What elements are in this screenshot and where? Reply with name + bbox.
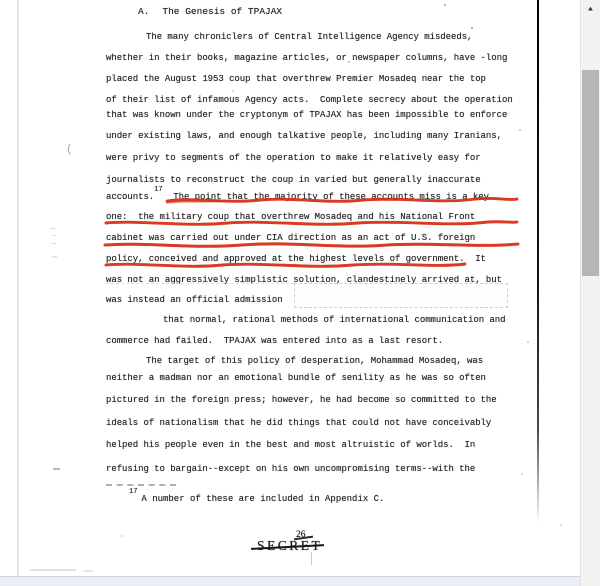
scan-mark — [50, 228, 56, 229]
doc-line-text: The point that the majority of these acc… — [163, 192, 489, 202]
scan-speck — [471, 27, 473, 29]
doc-line: one: the military coup that overthrew Mo… — [106, 212, 475, 222]
doc-line: that normal, rational methods of interna… — [163, 315, 505, 325]
doc-line: ideals of nationalism that he did things… — [106, 418, 491, 428]
footnote-marker: 17 — [129, 488, 137, 496]
scrollbar-up-button[interactable]: ▲ — [581, 0, 600, 17]
scan-mark — [52, 235, 56, 236]
doc-line-with-footnote-ref: accounts.17 The point that the majority … — [106, 189, 489, 202]
redaction-box — [294, 283, 508, 308]
doc-line: cabinet was carried out under CIA direct… — [106, 233, 475, 243]
footnote: 17A number of these are included in Appe… — [129, 492, 384, 504]
scrollbar-thumb[interactable] — [582, 70, 599, 276]
up-arrow-icon: ▲ — [587, 5, 595, 11]
doc-line: neither a madman nor an emotional bundle… — [106, 373, 486, 383]
footnote-ref-17: 17 — [154, 186, 162, 194]
section-heading-label: A. — [138, 6, 149, 17]
scan-mark — [51, 243, 56, 244]
doc-line: were privy to segments of the operation … — [106, 153, 481, 163]
page-left-edge — [17, 0, 19, 577]
doc-line: policy, conceived and approved at the hi… — [106, 254, 486, 264]
scan-mark — [311, 552, 312, 565]
scan-speck — [121, 535, 123, 537]
scan-speck — [521, 473, 523, 475]
scan-speck — [348, 61, 350, 63]
doc-line: The target of this policy of desperation… — [146, 356, 483, 366]
doc-line: placed the August 1953 coup that overthr… — [106, 74, 486, 84]
scan-speck — [527, 341, 529, 343]
scan-speck — [519, 129, 521, 131]
footnote-separator — [106, 484, 176, 486]
doc-line: helped his people even in the best and m… — [106, 440, 475, 450]
margin-scan-mark: ( — [66, 144, 73, 156]
doc-line: that was known under the cryptonym of TP… — [106, 110, 507, 120]
doc-line: under existing laws, and enough talkativ… — [106, 131, 502, 141]
section-heading-title: The Genesis of TPAJAX — [162, 6, 282, 17]
redaction-dotted-line — [106, 283, 294, 284]
scan-mark — [52, 256, 57, 258]
doc-line: pictured in the foreign press; however, … — [106, 395, 497, 405]
scan-speck — [560, 524, 562, 526]
doc-line: journalists to reconstruct the coup in v… — [106, 175, 481, 185]
doc-line: was instead an official admission — [106, 295, 283, 305]
vertical-scrollbar[interactable]: ▲ — [580, 0, 600, 586]
scan-speck — [232, 90, 234, 92]
page-right-border — [537, 0, 539, 524]
scan-mark — [53, 468, 60, 470]
scan-mark — [30, 569, 76, 571]
doc-line: commerce had failed. TPAJAX was entered … — [106, 336, 443, 346]
viewport-bottom-strip — [0, 576, 581, 586]
doc-line: whether in their books, magazine article… — [106, 53, 507, 63]
scan-speck — [444, 4, 446, 6]
doc-line: of their list of infamous Agency acts. C… — [106, 95, 513, 105]
doc-line: refusing to bargain--except on his own u… — [106, 464, 475, 474]
section-heading: A.The Genesis of TPAJAX — [138, 6, 282, 17]
document-scan-page: A.The Genesis of TPAJAX The many chronic… — [0, 0, 583, 577]
doc-line: The many chroniclers of Central Intellig… — [146, 32, 472, 42]
doc-line-text: accounts. — [106, 192, 154, 202]
scan-mark — [84, 570, 93, 572]
footnote-text: A number of these are included in Append… — [141, 494, 384, 504]
